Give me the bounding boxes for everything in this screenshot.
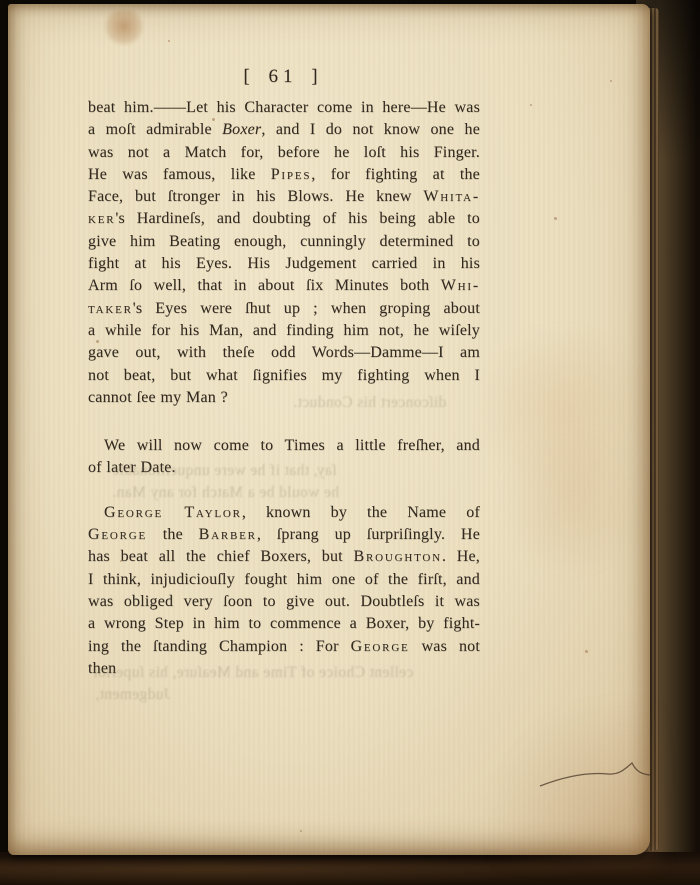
text-segment: a while for his Man, and finding him not… <box>88 322 480 339</box>
small-caps-text: Pipes <box>271 166 312 183</box>
text-segment: 's Eyes were ſhut up ; when groping abou… <box>133 300 480 317</box>
text-line: was obliged very ſoon to give out. Doubt… <box>88 591 480 613</box>
text-segment: 's Hardineſs, and doubting of his being … <box>115 210 480 227</box>
text-line: Face, but ſtronger in his Blows. He knew… <box>88 186 480 208</box>
bleedthrough-text: he would be a Match for any Man. <box>112 484 339 502</box>
text-segment: beat him.——Let his Character come in her… <box>88 99 480 116</box>
text-line: not beat, but what ſignifies my fighting… <box>88 365 480 387</box>
bleedthrough-text: ſay, that if he were unqueſtionable <box>112 462 337 480</box>
text-segment: We will now come to Times a little freſh… <box>104 437 480 454</box>
text-segment: I think, injudiciouſly fought him one of… <box>88 571 480 588</box>
text-line: has beat all the chief Boxers, but Broug… <box>88 546 480 568</box>
text-segment: was obliged very ſoon to give out. Doubt… <box>88 593 480 610</box>
small-caps-text: George <box>351 638 410 655</box>
small-caps-text: Barber <box>199 526 257 543</box>
small-caps-text: Broughton <box>353 548 441 565</box>
bleedthrough-text: diſconcert his Conduct. <box>293 394 446 412</box>
foxing-speck <box>610 80 612 82</box>
page-number: [ 61 ] <box>88 66 478 88</box>
text-line: a moſt admirable Boxer, and I do not kno… <box>88 119 480 141</box>
text-line: ker's Hardineſs, and doubting of his bei… <box>88 208 480 230</box>
stain <box>498 424 648 574</box>
text-line: a while for his Man, and finding him not… <box>88 320 480 342</box>
foxing-speck <box>212 118 215 121</box>
small-caps-text: taker <box>88 300 133 317</box>
bleedthrough-text: cellent Choice of Time and Meaſure, his … <box>92 664 413 682</box>
text-segment: was not <box>410 638 480 655</box>
text-line: I think, injudiciouſly fought him one of… <box>88 569 480 591</box>
small-caps-text: Whi- <box>441 277 480 294</box>
text-segment: was not a Match for, before he loſt his … <box>88 144 480 161</box>
text-segment: not beat, but what ſignifies my fighting… <box>88 367 480 384</box>
text-segment: . He, <box>442 548 480 565</box>
small-caps-text: Whita- <box>423 188 480 205</box>
book-frame-bottom <box>0 852 700 885</box>
stain <box>104 10 144 46</box>
hair-mark <box>536 760 656 796</box>
text-segment: He was famous, like <box>88 166 271 183</box>
text-line: a wrong Step in him to commence a Boxer,… <box>88 613 480 635</box>
text-block: beat him.——Let his Character come in her… <box>88 97 480 680</box>
text-line: fight at his Eyes. His Judgement carried… <box>88 253 480 275</box>
text-segment: a moſt admirable <box>88 121 222 138</box>
foxing-speck <box>300 830 302 832</box>
text-line: He was famous, like Pipes, for fighting … <box>88 164 480 186</box>
paragraph: George Taylor, known by the Name ofGeorg… <box>88 502 480 658</box>
foxing-speck <box>168 40 170 42</box>
text-segment: ing the ſtanding Champion : For <box>88 638 351 655</box>
paragraph: beat him.——Let his Character come in her… <box>88 97 480 409</box>
text-line: give him Beating enough, cunningly deter… <box>88 231 480 253</box>
text-segment: , known by the Name of <box>242 504 480 521</box>
text-segment: Face, but ſtronger in his Blows. He knew <box>88 188 423 205</box>
foxing-speck <box>554 217 557 220</box>
text-segment: , ſprang up ſurpriſingly. He <box>257 526 480 543</box>
small-caps-text: George Taylor <box>104 504 242 521</box>
scanned-book-photo: [ 61 ] beat him.——Let his Character come… <box>0 0 700 885</box>
italic-text: Boxer <box>222 121 261 138</box>
foxing-speck <box>96 340 99 343</box>
text-line: George the Barber, ſprang up ſurpriſingl… <box>88 524 480 546</box>
text-line: gave out, with theſe odd Words—Damme—I a… <box>88 342 480 364</box>
text-line: taker's Eyes were ſhut up ; when groping… <box>88 298 480 320</box>
small-caps-text: ker <box>88 210 115 227</box>
foxing-speck <box>120 560 122 562</box>
text-segment: give him Beating enough, cunningly deter… <box>88 233 480 250</box>
text-segment: Arm ſo well, that in about ſix Minutes b… <box>88 277 441 294</box>
text-line: was not a Match for, before he loſt his … <box>88 142 480 164</box>
text-segment: , and I do not know one he <box>261 121 480 138</box>
text-line: ing the ſtanding Champion : For George w… <box>88 636 480 658</box>
text-segment: a wrong Step in him to commence a Boxer,… <box>88 615 480 632</box>
text-segment: cannot ſee my Man ? <box>88 389 228 406</box>
stain <box>478 324 648 494</box>
text-line: beat him.——Let his Character come in her… <box>88 97 480 119</box>
text-segment: fight at his Eyes. His Judgement carried… <box>88 255 480 272</box>
foxing-speck <box>530 104 532 106</box>
text-segment: gave out, with theſe odd Words—Damme—I a… <box>88 344 480 361</box>
bleedthrough-text: Judgement, <box>95 686 170 704</box>
text-segment: , for fighting at the <box>311 166 480 183</box>
text-segment: has beat all the chief Boxers, but <box>88 548 353 565</box>
text-segment: the <box>147 526 199 543</box>
small-caps-text: George <box>88 526 147 543</box>
text-line: George Taylor, known by the Name of <box>88 502 480 524</box>
text-line: We will now come to Times a little freſh… <box>88 435 480 457</box>
book-page: [ 61 ] beat him.——Let his Character come… <box>8 4 650 855</box>
foxing-speck <box>585 650 588 653</box>
text-line: Arm ſo well, that in about ſix Minutes b… <box>88 275 480 297</box>
